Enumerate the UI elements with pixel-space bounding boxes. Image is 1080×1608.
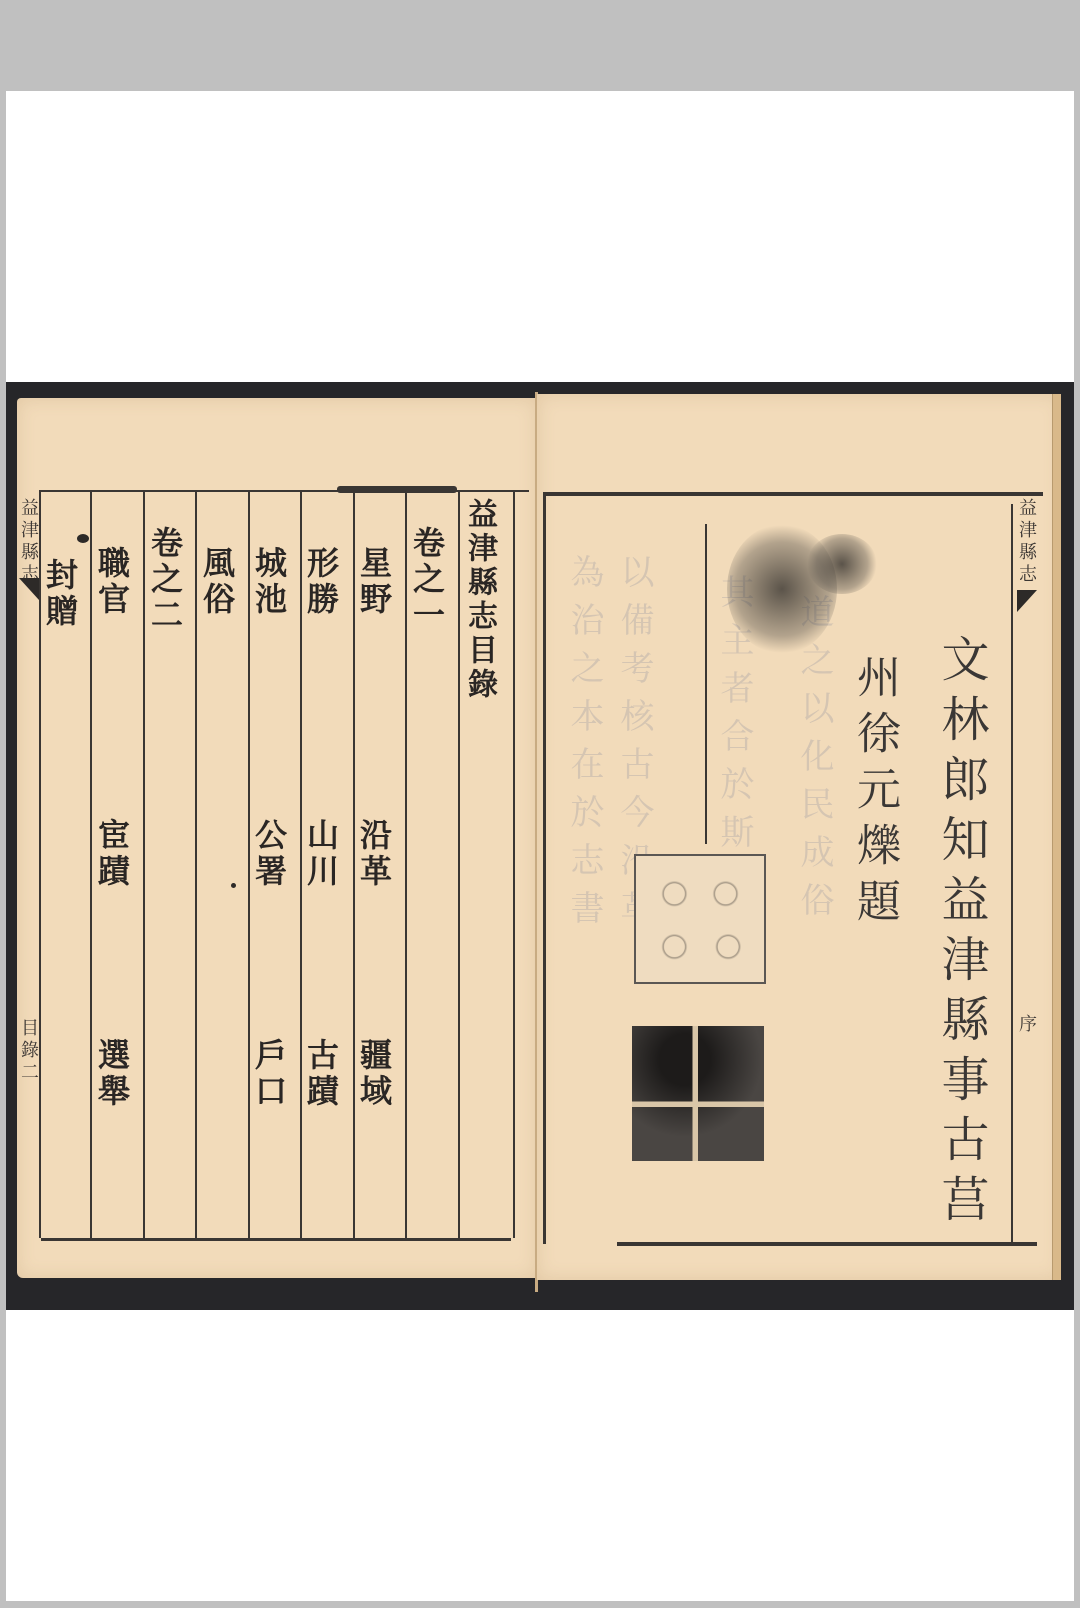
margin-label: 益津縣志 [19, 498, 37, 586]
left-page: 益津縣志 目錄二 益津縣志目錄 卷之一 星野 沿革 疆域 形勝 山川 古蹟 城池… [17, 398, 537, 1278]
margin-page-number: 序 [1017, 1014, 1035, 1036]
column-rule [705, 524, 707, 844]
bleed-through-text: 為治之本在於志書 [567, 554, 601, 938]
column-rule [90, 492, 92, 1238]
toc-entry: 職官 [96, 546, 128, 618]
relief-seal [634, 854, 766, 984]
toc-entry: 古蹟 [305, 1038, 337, 1110]
ink-smudge [807, 534, 877, 594]
toc-volume-1: 卷之一 [411, 526, 443, 634]
ink-bar [337, 486, 457, 493]
document-viewer: 益津縣志 目錄二 益津縣志目錄 卷之一 星野 沿革 疆域 形勝 山川 古蹟 城池… [6, 91, 1074, 1601]
column-rule [143, 492, 145, 1238]
ink-speck [77, 534, 89, 543]
toc-entry: 宦蹟 [96, 818, 128, 890]
frame-left [543, 494, 546, 1244]
toc-entry: 公署 [253, 818, 285, 890]
column-rule [405, 492, 407, 1238]
toc-entry: 形勝 [305, 546, 337, 618]
column-rule [458, 492, 460, 1238]
margin-label: 益津縣志 [1017, 498, 1035, 586]
fishtail-mark [19, 578, 39, 600]
frame-bottom [41, 1238, 511, 1241]
toc-entry: 選舉 [96, 1038, 128, 1110]
toc-entry: 戶口 [253, 1038, 285, 1110]
toc-entry: 風俗 [201, 546, 233, 618]
intaglio-seal [632, 1026, 764, 1161]
toc-entry: 城池 [253, 546, 285, 618]
right-page: 益津縣志 序 為治之本在於志書 以備考核古今沿革 其主者合於斯 道之以化民成俗 … [537, 394, 1061, 1280]
fishtail-mark [1017, 590, 1037, 612]
toc-entry: 封贈 [44, 558, 76, 630]
inscription-line-2: 州徐元爍題 [852, 654, 896, 934]
inscription-line-1: 文林郎知益津縣事古莒 [937, 634, 985, 1234]
frame-right [1011, 504, 1013, 1244]
ink-speck [231, 883, 236, 888]
book-scan: 益津縣志 目錄二 益津縣志目錄 卷之一 星野 沿革 疆域 形勝 山川 古蹟 城池… [6, 382, 1074, 1310]
toc-entry: 疆域 [358, 1038, 390, 1110]
column-rule [513, 492, 515, 1238]
column-rule [195, 492, 197, 1238]
toc-entry: 山川 [305, 818, 337, 890]
toc-entry: 沿革 [358, 818, 390, 890]
toc-title: 益津縣志目錄 [464, 498, 494, 702]
toc-volume-2: 卷之二 [149, 526, 181, 634]
frame-bottom [617, 1242, 1037, 1246]
margin-page-number: 目錄二 [19, 1018, 37, 1084]
frame-top [543, 492, 1043, 496]
toc-entry: 星野 [358, 546, 390, 618]
